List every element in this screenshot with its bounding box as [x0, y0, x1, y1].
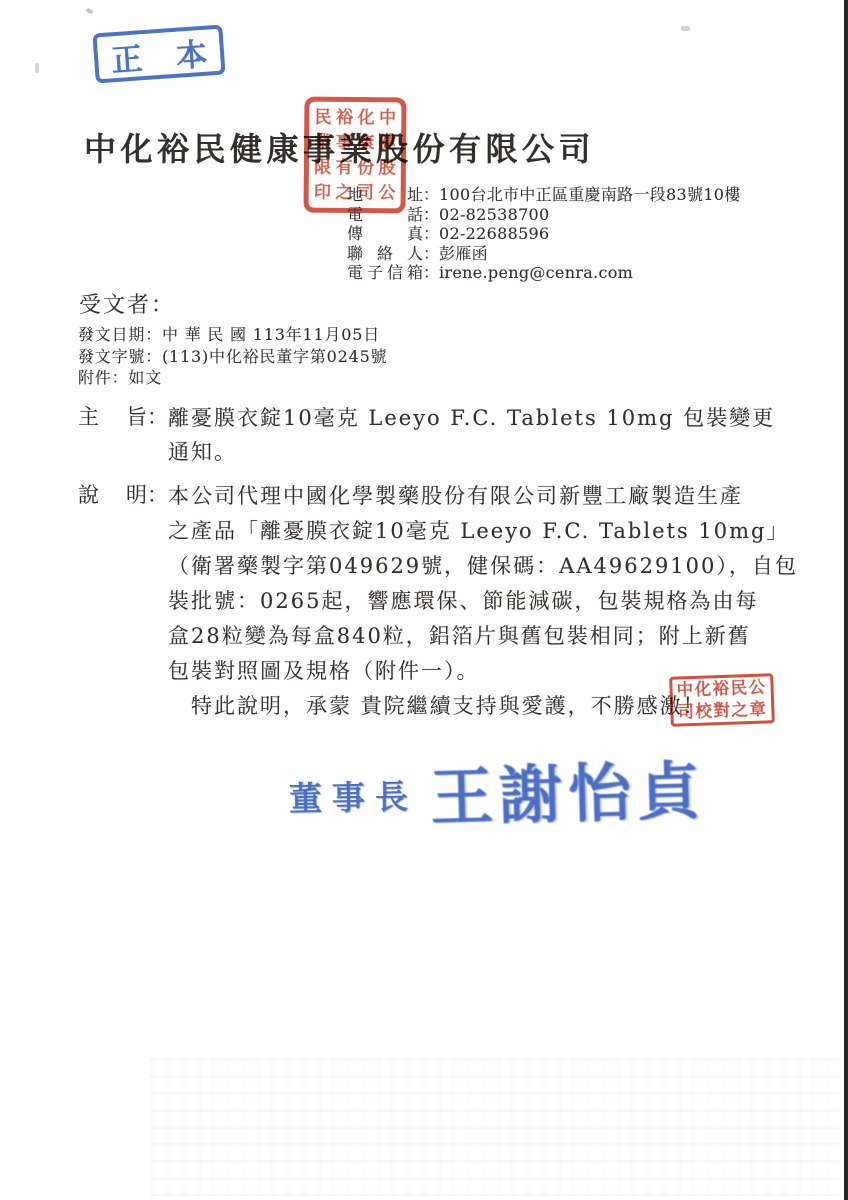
original-copy-stamp: 正本: [92, 25, 225, 84]
scan-speck: [681, 26, 690, 31]
contact-row-address: 地址：100台北市中正區重慶南路一段83號10樓: [347, 182, 741, 202]
scan-edge-line: [844, 0, 848, 1200]
contact-label: 電子信箱: [347, 260, 423, 283]
dispatch-meta-block: 發文日期：中 華 民 國 113年11月05日 發文字號：(113)中化裕民董字…: [78, 324, 387, 389]
subject-section: 主旨：離憂膜衣錠10毫克 Leeyo F.C. Tablets 10mg 包裝變…: [78, 401, 808, 469]
contact-value: 100台北市中正區重慶南路一段83號10樓: [439, 182, 741, 205]
contact-info-block: 地址：100台北市中正區重慶南路一段83號10樓 電話：02-82538700 …: [347, 182, 741, 280]
chairman-signature-name: 王謝怡貞: [429, 740, 707, 838]
scan-speck: [35, 63, 39, 73]
scan-ghosting: [150, 1058, 840, 1196]
scanned-letter-page: 正本 中化裕民健康事業股份有限公司 中化裕民健康事業股份有限公司之印 地址：10…: [0, 0, 848, 1200]
subject-label: 主旨: [78, 401, 147, 431]
contact-row-fax: 傳真：02-22688596: [347, 221, 741, 241]
scan-speck: [85, 8, 93, 15]
proofread-seal-line2: 司校對之章: [673, 698, 772, 723]
label-colon: ：: [423, 260, 439, 283]
proofread-seal-stamp: 中化裕民公 司校對之章: [669, 673, 775, 727]
contact-row-email: 電子信箱：irene.peng@cenra.com: [347, 260, 741, 280]
chairman-title: 董事長: [289, 771, 419, 820]
contact-value: irene.peng@cenra.com: [439, 263, 633, 282]
subject-text: 離憂膜衣錠10毫克 Leeyo F.C. Tablets 10mg 包裝變更 通…: [168, 401, 808, 469]
contact-row-person: 聯絡人：彭雁函: [347, 241, 741, 261]
label-colon: ：: [147, 479, 168, 509]
label-colon: ：: [147, 401, 168, 431]
contact-value: 02-82538700: [439, 205, 550, 224]
contact-value: 彭雁函: [439, 241, 488, 264]
recipient-line: 受文者：: [79, 288, 175, 319]
description-label: 說明: [78, 479, 147, 509]
